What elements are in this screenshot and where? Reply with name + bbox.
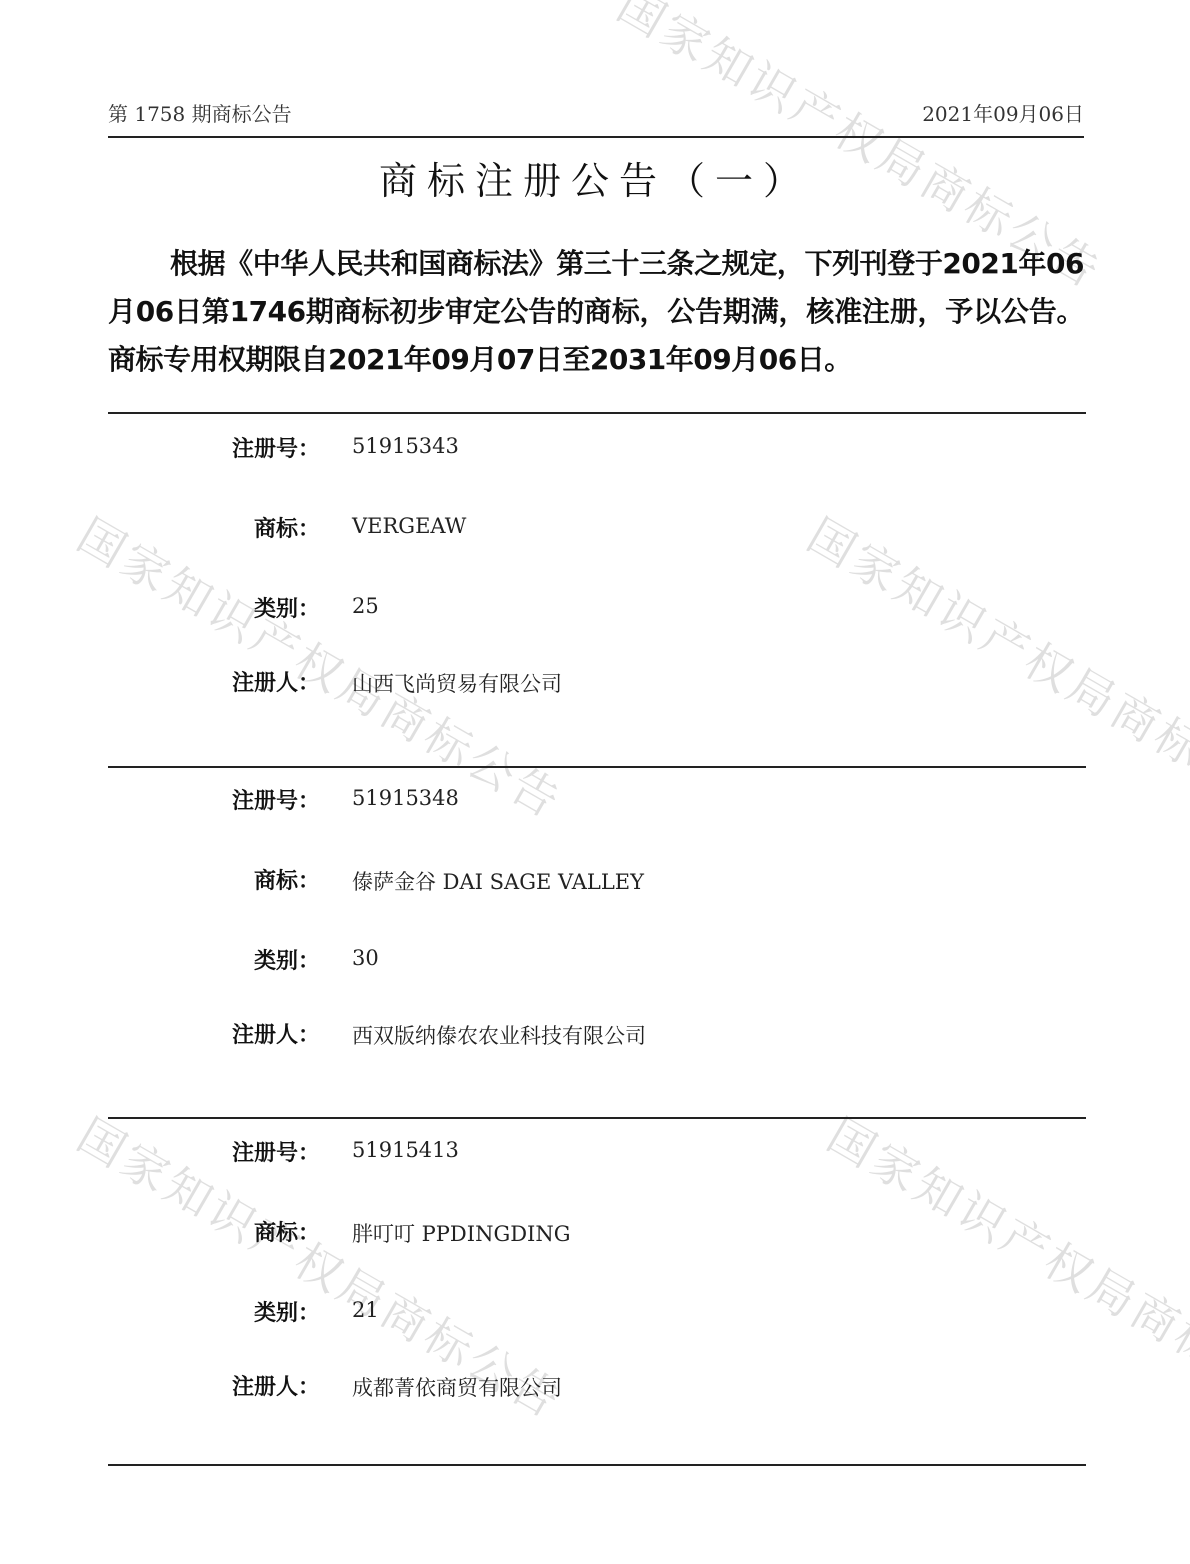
reg-no-value: 51915348 — [352, 786, 459, 810]
page-header: 第 1758 期商标公告 2021年09月06日 — [108, 96, 1084, 138]
class-label: 类别： — [254, 944, 320, 975]
mark-value: 胖叮叮 PPDINGDING — [352, 1218, 571, 1248]
divider — [108, 1464, 1086, 1466]
registrant-label: 注册人： — [232, 1370, 320, 1401]
reg-no-value: 51915413 — [352, 1138, 459, 1162]
reg-no-label: 注册号： — [232, 1136, 320, 1167]
class-label: 类别： — [254, 1296, 320, 1327]
divider — [108, 412, 1086, 414]
issue-date: 2021年09月06日 — [922, 98, 1084, 127]
reg-no-label: 注册号： — [232, 784, 320, 815]
mark-value: 傣萨金谷 DAI SAGE VALLEY — [352, 866, 644, 896]
registrant-value: 山西飞尚贸易有限公司 — [352, 668, 562, 698]
registrant-value: 西双版纳傣农农业科技有限公司 — [352, 1020, 646, 1050]
divider — [108, 1117, 1086, 1119]
mark-label: 商标： — [254, 1216, 320, 1247]
issue-number: 第 1758 期商标公告 — [108, 98, 292, 127]
divider — [108, 766, 1086, 768]
registrant-value: 成都菁依商贸有限公司 — [352, 1372, 562, 1402]
mark-value: VERGEAW — [352, 514, 466, 538]
registrant-label: 注册人： — [232, 666, 320, 697]
class-value: 30 — [352, 946, 379, 970]
intro-paragraph: 根据《中华人民共和国商标法》第三十三条之规定，下列刊登于2021年06月06日第… — [108, 240, 1084, 384]
class-label: 类别： — [254, 592, 320, 623]
class-value: 25 — [352, 594, 379, 618]
reg-no-value: 51915343 — [352, 434, 459, 458]
reg-no-label: 注册号： — [232, 432, 320, 463]
registrant-label: 注册人： — [232, 1018, 320, 1049]
mark-label: 商标： — [254, 864, 320, 895]
page-title: 商标注册公告（一） — [0, 150, 1190, 205]
mark-label: 商标： — [254, 512, 320, 543]
class-value: 21 — [352, 1298, 379, 1322]
